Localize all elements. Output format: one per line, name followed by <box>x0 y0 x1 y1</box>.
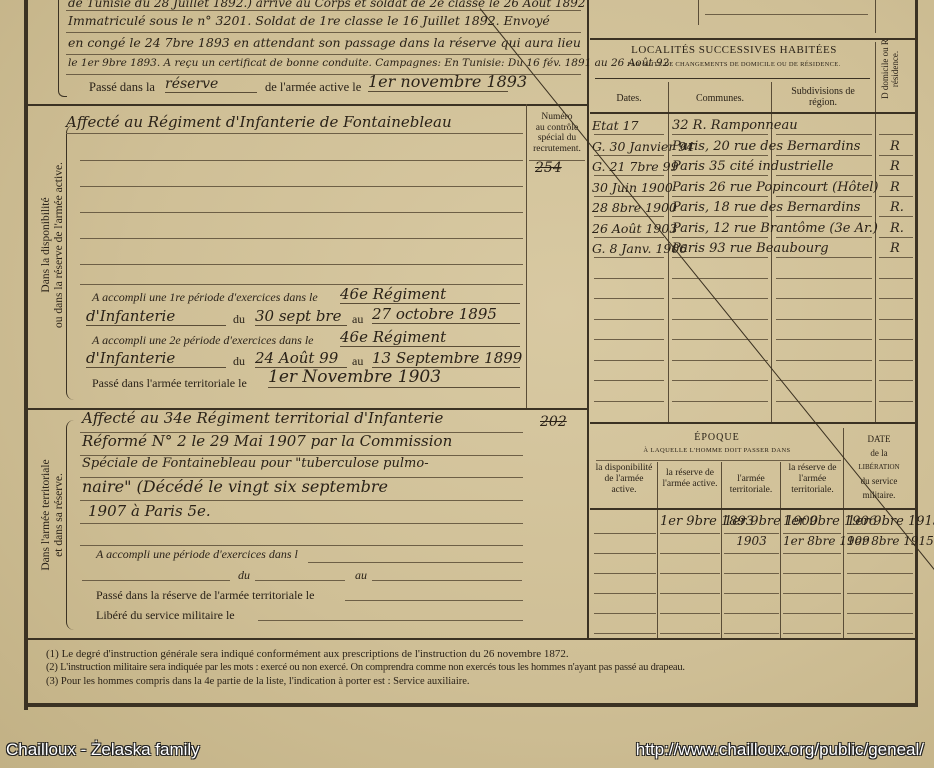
liberation-header: DATE de la LIBÉRATION du service militai… <box>845 432 913 502</box>
period1-unit-a: 46e Régiment <box>340 285 520 304</box>
epoque-value: 1er 9bre 1900 <box>724 514 779 529</box>
period2-label: A accompli une 2e période d'exercices da… <box>92 333 314 348</box>
epoque-subtitle: À LAQUELLE L'HOMME DOIT PASSER DANS <box>590 447 844 454</box>
row-domicile-residence: R. <box>890 221 904 236</box>
right-border <box>915 0 918 705</box>
row-date: 26 Août 1903 <box>592 221 677 236</box>
col-subdivisions: Subdivisions de région. <box>790 86 856 108</box>
footnote: (1) Le degré d'instruction générale sera… <box>46 648 569 660</box>
row-date: 28 8bre 1900 <box>592 200 677 215</box>
row-commune: Paris, 18 rue des Bernardins <box>672 200 860 215</box>
period2-unit-a: 46e Régiment <box>340 328 520 347</box>
epoque-col-1: la disponibilité de l'armée active. <box>592 463 656 496</box>
watermark-left: Chailloux - Żelaska family <box>6 740 200 760</box>
period1-unit-b: d'Infanterie <box>86 307 226 326</box>
territorial-entry: 1907 à Paris 5e. <box>88 502 211 520</box>
row-commune: Paris, 12 rue Brantôme (3e Ar.) <box>672 221 878 236</box>
row-commune: Paris, 20 rue des Bernardins <box>672 139 860 154</box>
territorial-date: 1er Novembre 1903 <box>268 367 520 388</box>
localites-title: LOCALITÉS SUCCESSIVES HABITÉES <box>592 44 876 56</box>
epoque-value: 1er 9bre 1915 <box>847 514 913 529</box>
section-active-label: Dans la disponibilité ou dans la réserve… <box>40 155 66 335</box>
row-date: 30 Juin 1900 <box>592 180 673 195</box>
epoque-title: ÉPOQUE <box>590 432 844 443</box>
numero-value-active: 254 <box>535 160 562 176</box>
passe-reserve-date: 1er novembre 1893 <box>368 72 508 92</box>
row-domicile-residence: R <box>890 139 900 154</box>
watermark-right[interactable]: http://www.chailloux.org/public/geneal/ <box>636 740 924 760</box>
armee-active-label: de l'armée active le <box>265 80 361 95</box>
section-territorial-label: Dans l'armée territoriale et dans sa rés… <box>40 430 66 600</box>
period2-du: du <box>233 354 245 369</box>
period1-label: A accompli une 1re période d'exercices d… <box>92 290 318 305</box>
period1-from: 30 sept bre <box>255 307 347 326</box>
period1-to: 27 octobre 1895 <box>372 305 520 324</box>
territorial-label: Passé dans l'armée territoriale le <box>92 376 247 391</box>
reserve-territoriale-label: Passé dans la réserve de l'armée territo… <box>96 588 314 603</box>
epoque-col-4: la réserve de l'armée territoriale. <box>782 463 843 496</box>
period1-du: du <box>233 312 245 327</box>
epoque-value: 1er 8bre 1909 <box>783 534 841 548</box>
period2-from: 24 Août 99 <box>255 349 347 368</box>
period2-to: 13 Septembre 1899 <box>372 349 520 368</box>
territorial-entry: Réformé N° 2 le 29 Mai 1907 par la Commi… <box>82 432 452 450</box>
numero-value-territorial: 202 <box>540 414 567 430</box>
epoque-value: 1er 9bre 1906 <box>783 514 841 529</box>
section-territorial-bracket <box>66 420 75 630</box>
passe-reserve-label: Passé dans la <box>89 80 155 95</box>
territorial-entry: Affecté au 34e Régiment territorial d'In… <box>82 409 443 427</box>
row-domicile-residence: R <box>890 241 900 256</box>
epoque-value: 1er 8bre 1915 <box>847 534 913 548</box>
top-entry-line: de Tunisie du 28 Juillet 1892.) arrivé a… <box>68 0 586 10</box>
epoque-col-3: l'armée territoriale. <box>723 474 779 496</box>
territorial-period-label: A accompli une période d'exercices dans … <box>96 547 298 562</box>
libere-label: Libéré du service militaire le <box>96 608 235 623</box>
footnote: (2) L'instruction militaire sera indiqué… <box>46 662 685 673</box>
localites-subtitle: PAR SUITE DE CHANGEMENTS DE DOMICILE OU … <box>592 61 876 68</box>
assignment-active: Affecté au Régiment d'Infanterie de Font… <box>66 113 452 131</box>
territorial-au: au <box>355 568 367 583</box>
territorial-entry: Spéciale de Fontainebleau pour "tubercul… <box>82 456 429 471</box>
passe-reserve-value: réserve <box>165 76 257 93</box>
epoque-col-2: la réserve de l'armée active. <box>659 468 721 490</box>
col-communes: Communes. <box>669 93 771 104</box>
bottom-border <box>24 703 918 707</box>
row-commune: Paris 35 cité industrielle <box>672 159 833 174</box>
col-domicile-residence: D domicile ou R résidence. <box>880 34 900 104</box>
row-commune: Paris 26 rue Popincourt (Hôtel) <box>672 180 879 195</box>
top-entry-line: le 1er 9bre 1893. A reçu un certificat d… <box>68 57 669 69</box>
period2-unit-b: d'Infanterie <box>86 349 226 368</box>
footnote: (3) Pour les hommes compris dans la 4e p… <box>46 676 470 687</box>
period1-au: au <box>352 312 363 327</box>
top-entry-line: Immatriculé sous le n° 3201. Soldat de 1… <box>68 13 550 28</box>
top-bracket <box>58 0 67 97</box>
row-domicile-residence: R <box>890 180 900 195</box>
row-domicile-residence: R. <box>890 200 904 215</box>
territorial-entry: naire" (Décédé le vingt six septembre <box>82 477 388 496</box>
left-border <box>24 0 28 710</box>
numero-header: Numéro au contrôle spécial du recrutemen… <box>527 112 587 154</box>
section-active-bracket <box>66 125 75 400</box>
row-domicile-residence: R <box>890 159 900 174</box>
row-commune: 32 R. Ramponneau <box>672 118 798 133</box>
epoque-value: 1903 <box>724 534 779 548</box>
territorial-du: du <box>238 568 250 583</box>
row-commune: Paris 93 rue Beaubourg <box>672 241 829 256</box>
epoque-value: 1er 9bre 1893 <box>660 514 720 529</box>
row-date: Etat 17 <box>592 118 639 133</box>
col-dates: Dates. <box>590 93 668 104</box>
middle-divider <box>587 0 589 640</box>
